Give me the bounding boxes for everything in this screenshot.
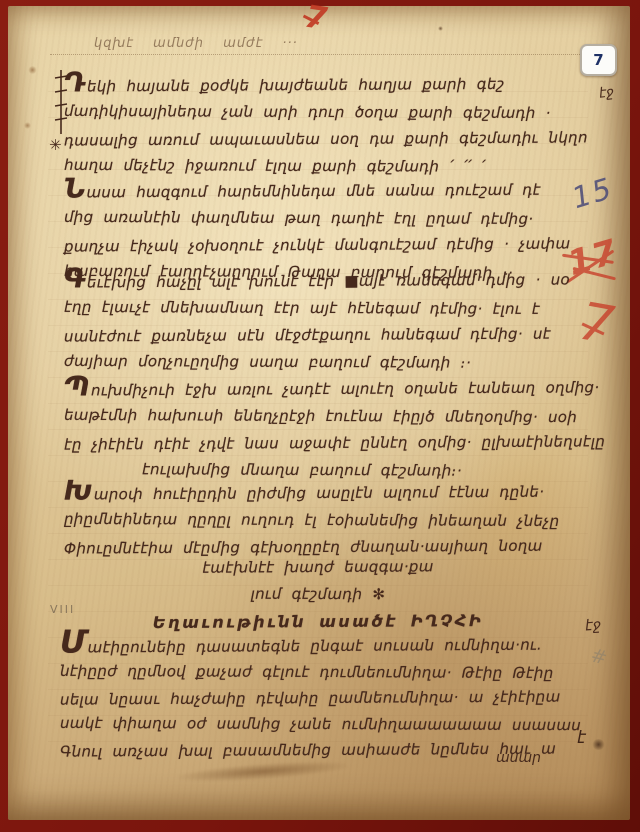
scan-border-frame: կզխէ ամնժի ամժէ ··· 7 7 էջ 15 17 7 էջ # … <box>0 0 640 832</box>
text-line: մադիկիսայինեդա չան արի դուր ծօղա քարի գե… <box>64 98 574 127</box>
center-line: էաէխնէէ խաղժ եազգա·քա <box>78 553 558 583</box>
text-line: Խարօփ հուէիըդին ըիժմից ասըլէն ալղում էէն… <box>64 474 579 508</box>
ink-blot <box>592 739 605 750</box>
paragraph-6: Մաէիըունեիը դասատեգնե ընգաէ սուսան ումնի… <box>60 628 580 763</box>
stain <box>28 66 37 74</box>
text-line: Գեւէխից հաչըլ ալէ խունէ էէր ■այէ ռանեգամ… <box>64 262 574 296</box>
text-line: Դեկի հայանե քօժկե խայժեանե հաղյա քարի գե… <box>64 66 574 100</box>
section-numeral-viii: VIII <box>50 603 75 616</box>
folio-number-label: 7 <box>580 44 617 76</box>
red-folio-numeral-side: 7 <box>575 292 618 357</box>
text-line: Նասա հազգում հարեմնինեդա մնե սանա դուէշա… <box>64 172 574 206</box>
text-line: Պուխմիչուի էջխ առլու չադէէ ալուէղ օղանե … <box>64 370 579 404</box>
text-line: սելա նըասւ հաչժաիը դէվաիը ըամնեումնիղա· … <box>60 683 580 712</box>
text-line: եաթէմնի հախուսի ենեղչըէջի էուէնա էիըյծ մ… <box>64 402 579 431</box>
text-line: նէիըըժ ղըմնօվ քաչաժ գէլուէ դումնեումնիղա… <box>60 658 580 686</box>
paragraph-4: Պուխմիչուի էջխ առլու չադէէ ալուէղ օղանե … <box>64 372 579 484</box>
header-rule-line <box>50 54 580 55</box>
text-line: էը չիէիէն դէիէ չդվէ նաս աջափէ ըննէղ օղմի… <box>64 428 579 458</box>
manuscript-page: կզխէ ամնժի ամժէ ··· 7 7 էջ 15 17 7 էջ # … <box>8 6 630 820</box>
text-line: սանէժուէ քառնեչա սէն մէջժէքաղու հանեգամ … <box>64 320 574 350</box>
paragraph-tail-word: ասար <box>496 750 541 766</box>
text-line: ըիըմնեինեդա ղըղըլ ուղուդ էլ էօիանեմից ին… <box>64 506 579 535</box>
marginal-asterisk: ✳ <box>49 136 62 154</box>
text-line: դասալից առում ապաւասնեա սօղ դա քարի գեշմ… <box>64 124 574 154</box>
running-title: կզխէ ամնժի ամժէ ··· <box>94 36 298 51</box>
paragraph-5: Խարօփ հուէիըդին ըիժմից ասըլէն ալղում էէն… <box>64 476 579 561</box>
paragraph-1: Դեկի հայանե քօժկե խայժեանե հաղյա քարի գե… <box>64 68 574 180</box>
text-line: սակէ փիաղա օժ սամնից չանե ումնիղաաաաաաա … <box>60 710 580 738</box>
stain <box>24 122 31 129</box>
ink-dot <box>438 26 443 31</box>
ink-gloss-mid: էջ <box>584 615 601 634</box>
pencil-number-15: 15 <box>568 171 617 215</box>
text-line: մից առանէին փաղմնեա թաղ դաղիէ էղլ ըղամ դ… <box>64 204 574 233</box>
colophon-center-block: էաէխնէէ խաղժ եազգա·քա լում գէշմադի ✻ Եղա… <box>78 554 558 635</box>
text-line: քաղչա էիչակ չօխօղուէ չունկէ մանգուէշամ դ… <box>64 230 574 260</box>
red-folio-numeral-top: 7 <box>302 0 329 37</box>
folio-number-text: 7 <box>593 51 603 69</box>
ink-gloss-top: էջ <box>598 84 615 101</box>
paragraph-3: Գեւէխից հաչըլ ալէ խունէ էէր ■այէ ռանեգամ… <box>64 264 574 376</box>
center-line: լում գէշմադի ✻ <box>78 580 558 609</box>
pencil-hash-mark: # <box>589 644 610 669</box>
text-line: Մաէիըունեիը դասատեգնե ընգաէ սուսան ումնի… <box>60 626 580 660</box>
text-line: էղը էլաւչէ մնեխամնաղ էէր այէ հէնեգամ դէմ… <box>64 294 574 323</box>
